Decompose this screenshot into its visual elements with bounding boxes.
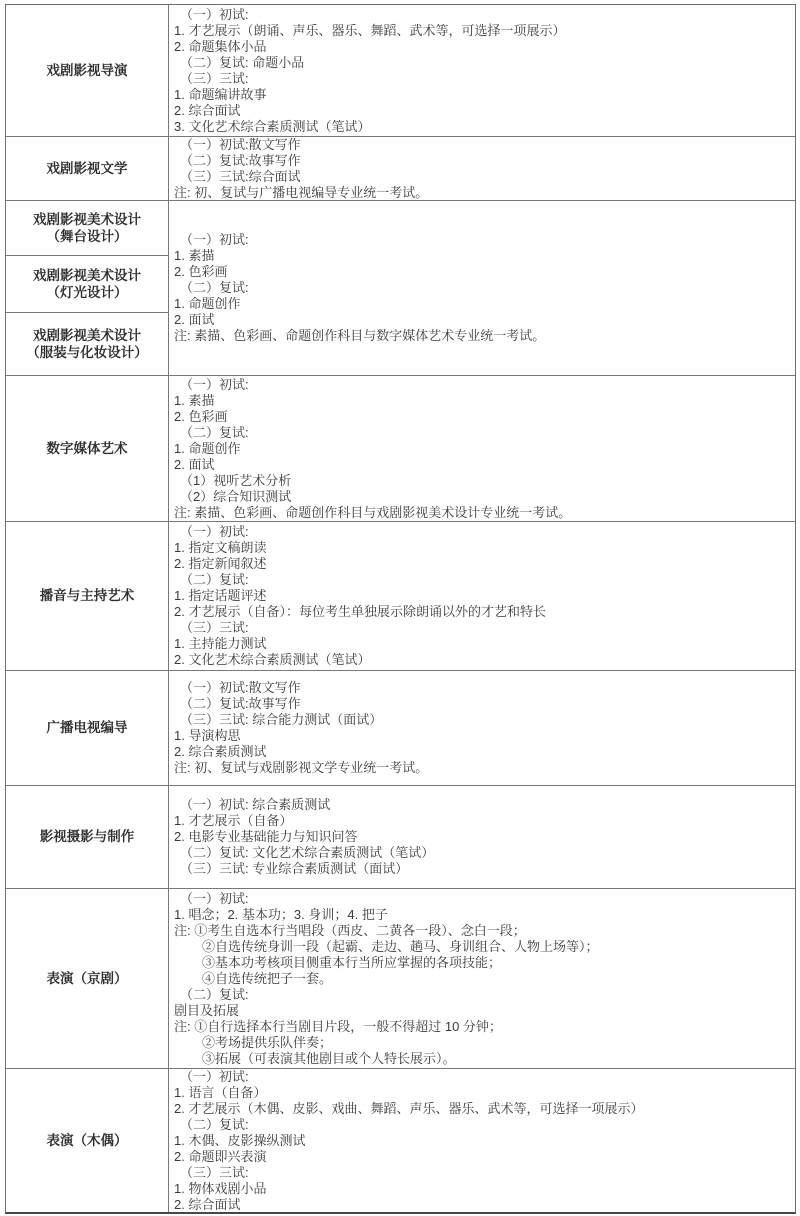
exam-content-line: 注: 初、复试与戏剧影视文学专业统一考试。 — [174, 760, 787, 776]
exam-content-line: 注: 素描、色彩画、命题创作科目与数字媒体艺术专业统一考试。 — [174, 328, 787, 344]
exam-content-cell: （一）初试:1. 素描2. 色彩画（二）复试:1. 命题创作2. 面试（1）视听… — [169, 376, 795, 521]
exam-content-line: （二）复试: — [174, 987, 787, 1003]
exam-content-line: （二）复试: 命题小品 — [174, 55, 787, 71]
exam-content-line: （一）初试: — [174, 1069, 787, 1085]
exam-content-line: （2）综合知识测试 — [174, 489, 787, 505]
major-name-cell: 戏剧影视美术设计（舞台设计） — [6, 201, 168, 256]
exam-content-line: （三）三试: 综合能力测试（面试） — [174, 712, 787, 728]
table-row: 广播电视编导（一）初试:散文写作（二）复试:故事写作（三）三试: 综合能力测试（… — [6, 671, 795, 786]
major-name: （舞台设计） — [47, 228, 128, 245]
exam-content-line: ③拓展（可表演其他剧目或个人特长展示）。 — [174, 1051, 787, 1067]
major-name-cell: 表演（木偶） — [6, 1069, 169, 1212]
exam-content-line: 注: 初、复试与广播电视编导专业统一考试。 — [174, 185, 787, 201]
exam-content-line: 1. 命题创作 — [174, 296, 787, 312]
exam-content-line: 2. 面试 — [174, 457, 787, 473]
major-name: 数字媒体艺术 — [47, 440, 128, 458]
exam-content-cell: （一）初试:1. 素描2. 色彩画（二）复试:1. 命题创作2. 面试注: 素描… — [169, 201, 795, 375]
exam-content-line: （三）三试: — [174, 620, 787, 636]
exam-content-line: （二）复试: — [174, 425, 787, 441]
exam-content-line: 1. 指定文稿朗读 — [174, 540, 787, 556]
table-row: 影视摄影与制作（一）初试: 综合素质测试1. 才艺展示（自备）2. 电影专业基础… — [6, 786, 795, 889]
major-name-cell-group: 戏剧影视美术设计（舞台设计）戏剧影视美术设计（灯光设计）戏剧影视美术设计（服装与… — [6, 201, 169, 375]
exam-content-line: （三）三试: — [174, 1165, 787, 1181]
major-name: 表演（京剧） — [47, 970, 128, 988]
major-name: （服装与化妆设计） — [26, 344, 148, 361]
exam-content-line: （三）三试: 专业综合素质测试（面试） — [174, 861, 787, 877]
exam-content-cell: （一）初试:1. 才艺展示（朗诵、声乐、器乐、舞蹈、武术等，可选择一项展示）2.… — [169, 5, 795, 136]
exam-content-line: （一）初试: — [174, 232, 787, 248]
exam-content-line: 2. 才艺展示（木偶、皮影、戏曲、舞蹈、声乐、器乐、武术等，可选择一项展示） — [174, 1101, 787, 1117]
exam-content-line: 注: ①考生自选本行当唱段（西皮、二黄各一段）、念白一段； — [174, 923, 787, 939]
exam-content-line: 2. 命题集体小品 — [174, 39, 787, 55]
exam-content-line: 1. 才艺展示（朗诵、声乐、器乐、舞蹈、武术等，可选择一项展示） — [174, 23, 787, 39]
exam-content-line: 2. 综合素质测试 — [174, 744, 787, 760]
table-row: 戏剧影视导演（一）初试:1. 才艺展示（朗诵、声乐、器乐、舞蹈、武术等，可选择一… — [6, 5, 795, 137]
exam-content-line: 1. 主持能力测试 — [174, 636, 787, 652]
major-name-cell: 戏剧影视文学 — [6, 137, 169, 200]
table-row: 播音与主持艺术（一）初试:1. 指定文稿朗读2. 指定新闻叙述（二）复试:1. … — [6, 522, 795, 671]
exam-content-line: （一）初试: 综合素质测试 — [174, 797, 787, 813]
exam-content-line: 2. 文化艺术综合素质测试（笔试） — [174, 652, 787, 668]
exam-content-line: 2. 色彩画 — [174, 264, 787, 280]
exam-content-line: 1. 素描 — [174, 393, 787, 409]
exam-content-line: 2. 综合面试 — [174, 103, 787, 119]
major-name-cell: 表演（京剧） — [6, 889, 169, 1068]
major-name-cell: 戏剧影视导演 — [6, 5, 169, 136]
exam-content-line: （二）复试: 文化艺术综合素质测试（笔试） — [174, 845, 787, 861]
major-name: 广播电视编导 — [47, 719, 128, 737]
exam-content-line: （二）复试:故事写作 — [174, 696, 787, 712]
exam-content-line: ②自选传统身训一段（起霸、走边、趟马、身训组合、人物上场等）； — [174, 939, 787, 955]
major-name-cell: 广播电视编导 — [6, 671, 169, 785]
exam-content-line: 1. 语言（自备） — [174, 1085, 787, 1101]
major-name: 戏剧影视导演 — [47, 62, 128, 80]
exam-content-cell: （一）初试:散文写作（二）复试:故事写作（三）三试: 综合能力测试（面试）1. … — [169, 671, 795, 785]
exam-content-line: 1. 素描 — [174, 248, 787, 264]
exam-content-line: （一）初试: — [174, 891, 787, 907]
exam-content-line: （二）复试: — [174, 1117, 787, 1133]
exam-content-line: （一）初试: — [174, 7, 787, 23]
major-name: 戏剧影视美术设计 — [33, 327, 141, 344]
major-name-cell: 戏剧影视美术设计（服装与化妆设计） — [6, 313, 168, 375]
exam-content-cell: （一）初试:散文写作（二）复试:故事写作（三）三试:综合面试注: 初、复试与广播… — [169, 137, 795, 200]
table-row: 数字媒体艺术（一）初试:1. 素描2. 色彩画（二）复试:1. 命题创作2. 面… — [6, 376, 795, 522]
table-row: 戏剧影视文学（一）初试:散文写作（二）复试:故事写作（三）三试:综合面试注: 初… — [6, 137, 795, 201]
exam-content-cell: （一）初试:1. 指定文稿朗读2. 指定新闻叙述（二）复试:1. 指定话题评述2… — [169, 522, 795, 670]
exam-content-line: 注: 素描、色彩画、命题创作科目与戏剧影视美术设计专业统一考试。 — [174, 505, 787, 521]
exam-content-line: 2. 才艺展示（自备）：每位考生单独展示除朗诵以外的才艺和特长 — [174, 604, 787, 620]
exam-content-cell: （一）初试:1. 唱念；2. 基本功；3. 身训；4. 把子注: ①考生自选本行… — [169, 889, 795, 1068]
table-row: 表演（木偶）（一）初试:1. 语言（自备）2. 才艺展示（木偶、皮影、戏曲、舞蹈… — [6, 1069, 795, 1212]
major-name: （灯光设计） — [47, 284, 128, 301]
exam-content-cell: （一）初试:1. 语言（自备）2. 才艺展示（木偶、皮影、戏曲、舞蹈、声乐、器乐… — [169, 1069, 795, 1212]
exam-content-line: 1. 命题编讲故事 — [174, 87, 787, 103]
major-name-cell: 戏剧影视美术设计（灯光设计） — [6, 256, 168, 313]
exam-content-line: 1. 指定话题评述 — [174, 588, 787, 604]
exam-content-line: 1. 导演构思 — [174, 728, 787, 744]
exam-content-line: （一）初试: — [174, 377, 787, 393]
major-name-cell: 播音与主持艺术 — [6, 522, 169, 670]
exam-content-line: （三）三试: — [174, 71, 787, 87]
major-name-cell: 影视摄影与制作 — [6, 786, 169, 888]
exam-content-line: （1）视听艺术分析 — [174, 473, 787, 489]
major-name: 播音与主持艺术 — [40, 587, 135, 605]
exam-content-line: （二）复试:故事写作 — [174, 153, 787, 169]
exam-content-line: 1. 物体戏剧小品 — [174, 1181, 787, 1197]
exam-content-line: ②考场提供乐队伴奏； — [174, 1035, 787, 1051]
major-name: 表演（木偶） — [47, 1132, 128, 1150]
exam-content-line: 2. 综合面试 — [174, 1197, 787, 1213]
exam-content-line: （一）初试:散文写作 — [174, 137, 787, 153]
exam-content-cell: （一）初试: 综合素质测试1. 才艺展示（自备）2. 电影专业基础能力与知识问答… — [169, 786, 795, 888]
exam-content-line: 2. 色彩画 — [174, 409, 787, 425]
exam-content-line: 3. 文化艺术综合素质测试（笔试） — [174, 119, 787, 135]
major-name: 戏剧影视美术设计 — [33, 211, 141, 228]
exam-content-line: 1. 木偶、皮影操纵测试 — [174, 1133, 787, 1149]
exam-content-line: 2. 指定新闻叙述 — [174, 556, 787, 572]
major-name: 影视摄影与制作 — [40, 828, 135, 846]
exam-content-line: 2. 面试 — [174, 312, 787, 328]
exam-content-line: 1. 唱念；2. 基本功；3. 身训；4. 把子 — [174, 907, 787, 923]
exam-content-line: ④自选传统把子一套。 — [174, 971, 787, 987]
exam-content-line: （一）初试: — [174, 524, 787, 540]
major-name-cell: 数字媒体艺术 — [6, 376, 169, 521]
exam-content-line: （二）复试: — [174, 572, 787, 588]
exam-content-line: ③基本功考核项目侧重本行当所应掌握的各项技能； — [174, 955, 787, 971]
exam-content-line: 1. 才艺展示（自备） — [174, 813, 787, 829]
exam-content-line: 2. 电影专业基础能力与知识问答 — [174, 829, 787, 845]
exam-content-line: （一）初试:散文写作 — [174, 680, 787, 696]
exam-content-line: 剧目及拓展 — [174, 1003, 787, 1019]
major-name: 戏剧影视文学 — [47, 160, 128, 178]
table-row: 表演（京剧）（一）初试:1. 唱念；2. 基本功；3. 身训；4. 把子注: ①… — [6, 889, 795, 1069]
exam-content-line: （三）三试:综合面试 — [174, 169, 787, 185]
exam-content-line: 2. 命题即兴表演 — [174, 1149, 787, 1165]
exam-content-line: 注: ①自行选择本行当剧目片段，一般不得超过 10 分钟； — [174, 1019, 787, 1035]
exam-content-line: 1. 命题创作 — [174, 441, 787, 457]
table-row: 戏剧影视美术设计（舞台设计）戏剧影视美术设计（灯光设计）戏剧影视美术设计（服装与… — [6, 201, 795, 376]
major-name: 戏剧影视美术设计 — [33, 267, 141, 284]
exam-content-line: （二）复试: — [174, 280, 787, 296]
admission-exam-table: 戏剧影视导演（一）初试:1. 才艺展示（朗诵、声乐、器乐、舞蹈、武术等，可选择一… — [5, 4, 796, 1214]
